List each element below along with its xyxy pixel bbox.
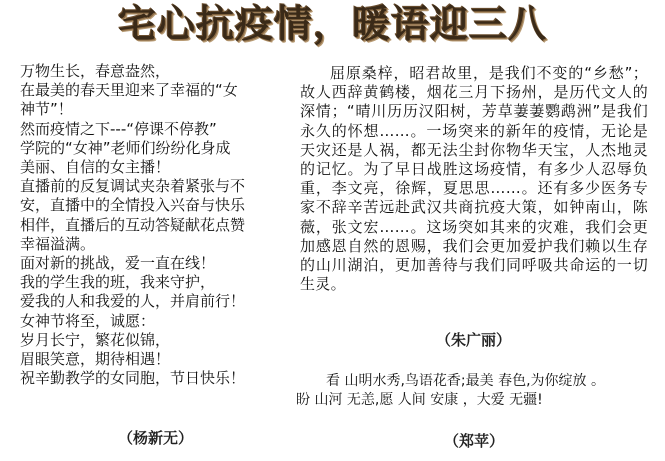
- poem-line: 祝辛勤教学的女同胞，节日快乐！: [20, 369, 288, 388]
- poem-line: 幸福溢满。: [20, 235, 288, 254]
- blessing-block: 看 山明水秀,鸟语花香;最美 春色,为你绽放 。 盼 山河 无恙,愿 人间 安康…: [296, 372, 665, 410]
- poem-line: 我的学生我的班，我来守护，: [20, 273, 288, 292]
- poem-line: 女神节将至，诚愿：: [20, 312, 288, 331]
- blessing-line: 盼 山河 无恙,愿 人间 安康 ，大爱 无疆!: [296, 391, 665, 410]
- poem-line: 安，直播中的全情投入兴奋与快乐: [20, 196, 288, 215]
- poem-line: 神节”！: [20, 100, 288, 119]
- poem-left: 万物生长，春意盎然， 在最美的春天里迎来了幸福的“女 神节”！ 然而疫情之下--…: [20, 62, 288, 388]
- poem-line: 万物生长，春意盎然，: [20, 62, 288, 81]
- poem-line: 相伴，直播后的互动答疑献花点赞: [20, 216, 288, 235]
- poem-line: 美丽、自信的女主播！: [20, 158, 288, 177]
- poem-line: 学院的“女神”老师们纷纷化身成: [20, 139, 288, 158]
- author-zheng-ping: （郑苹）: [444, 430, 504, 451]
- poem-line: 岁月长宁，繁花似锦，: [20, 331, 288, 350]
- page-title: 宅心抗疫情，暖语迎三八: [0, 2, 665, 46]
- author-zhu-guangli: （朱广丽）: [436, 329, 511, 350]
- essay-paragraph: 屈原桑梓，昭君故里，是我们不变的“乡愁”；故人西辞黄鹤楼，烟花三月下扬州，是历代…: [300, 64, 648, 294]
- essay-right: 屈原桑梓，昭君故里，是我们不变的“乡愁”；故人西辞黄鹤楼，烟花三月下扬州，是历代…: [300, 64, 648, 294]
- poem-line: 然而疫情之下---“停课不停教”: [20, 120, 288, 139]
- poem-line: 直播前的反复调试夹杂着紧张与不: [20, 177, 288, 196]
- poem-line: 眉眼笑意，期待相遇！: [20, 350, 288, 369]
- author-yang-xinwu: （杨新无）: [118, 427, 193, 448]
- poem-line: 面对新的挑战，爱一直在线！: [20, 254, 288, 273]
- poem-line: 爱我的人和我爱的人，并肩前行！: [20, 292, 288, 311]
- blessing-line: 看 山明水秀,鸟语花香;最美 春色,为你绽放 。: [296, 372, 665, 391]
- poem-line: 在最美的春天里迎来了幸福的“女: [20, 81, 288, 100]
